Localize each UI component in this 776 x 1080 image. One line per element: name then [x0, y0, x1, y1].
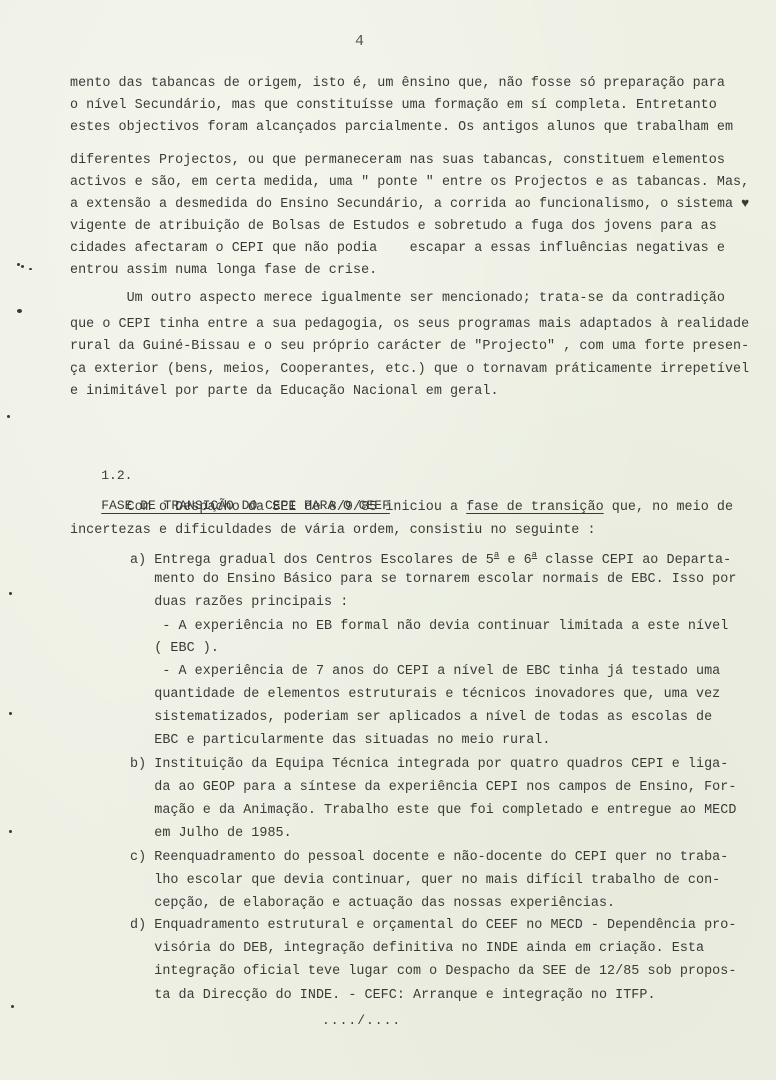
scan-speck	[9, 712, 12, 715]
underlined-phrase: fase de transição	[466, 500, 603, 515]
text-line: a) Entrega gradual dos Centros Escolares…	[130, 547, 731, 569]
text-line: EBC e particularmente das situadas no me…	[130, 733, 550, 749]
text-line: ça exterior (bens, meios, Cooperantes, e…	[70, 362, 749, 378]
text-line: da ao GEOP para a síntese da experiência…	[130, 780, 736, 796]
text-span: que, no meio de	[604, 500, 733, 515]
scan-speck	[17, 263, 20, 266]
scan-speck	[17, 309, 22, 313]
text-span: Com o Despacho da SEE de 8/9/85 iniciou …	[70, 500, 466, 515]
text-line: mento do Ensino Básico para se tornarem …	[130, 572, 736, 588]
text-line: e inimitável por parte da Educação Nacio…	[70, 384, 499, 400]
text-line: mação e da Animação. Trabalho este que f…	[130, 803, 736, 819]
scan-speck	[7, 415, 10, 418]
scan-speck	[21, 265, 24, 268]
text-line: cepção, de elaboração e actuação das nos…	[130, 896, 615, 912]
text-line: - A experiência no EB formal não devia c…	[130, 619, 728, 635]
text-line: mento das tabancas de origem, isto é, um…	[70, 76, 725, 92]
text-line: Um outro aspecto merece igualmente ser m…	[70, 291, 725, 307]
text-line: vigente de atribuição de Bolsas de Estud…	[70, 219, 717, 235]
text-line: d) Enquadramento estrutural e orçamental…	[130, 918, 736, 934]
text-line: sistematizados, poderiam ser aplicados a…	[130, 710, 712, 726]
section-heading: 1.2. FASE DE TRANSIÇÃO DO CEPI PARA O CE…	[70, 453, 390, 528]
scan-speck	[11, 1005, 14, 1008]
text-span: classe CEPI ao Departa-	[537, 553, 731, 568]
text-line: diferentes Projectos, ou que permanecera…	[70, 153, 725, 169]
text-line: quantidade de elementos estruturais e té…	[130, 687, 720, 703]
text-line: ( EBC ).	[130, 641, 219, 657]
text-line: integração oficial teve lugar com o Desp…	[130, 964, 736, 980]
text-line: visória do DEB, integração definitiva no…	[130, 941, 704, 957]
text-line: entrou assim numa longa fase de crise.	[70, 263, 377, 279]
text-line: - A experiência de 7 anos do CEPI a níve…	[130, 664, 720, 680]
text-line: o nível Secundário, mas que constituísse…	[70, 98, 717, 114]
scan-speck	[9, 830, 12, 833]
text-line: activos e são, em certa medida, uma " po…	[70, 175, 749, 191]
text-line: rural da Guiné-Bissau e o seu próprio ca…	[70, 339, 749, 355]
text-line: lho escolar que devia continuar, quer no…	[130, 873, 720, 889]
scan-speck	[9, 592, 12, 595]
text-line: a extensão a desmedida do Ensino Secundá…	[70, 197, 749, 213]
scan-speck	[29, 268, 32, 270]
page-number: 4	[355, 33, 364, 50]
text-span: e 6	[499, 553, 531, 568]
text-line: cidades afectaram o CEPI que não podia e…	[70, 241, 725, 257]
text-line: estes objectivos foram alcançados parcia…	[70, 120, 733, 136]
document-page: 4 mento das tabancas de origem, isto é, …	[0, 0, 776, 1080]
text-line: em Julho de 1985.	[130, 826, 292, 842]
text-line: Com o Despacho da SEE de 8/9/85 iniciou …	[70, 500, 733, 516]
text-line: incertezas e dificuldades de vária ordem…	[70, 523, 596, 539]
text-line: que o CEPI tinha entre a sua pedagogia, …	[70, 317, 749, 333]
text-span: a) Entrega gradual dos Centros Escolares…	[130, 553, 494, 568]
continuation-mark: ..../....	[322, 1013, 401, 1028]
text-line: ta da Direcção do INDE. - CEFC: Arranque…	[130, 988, 656, 1004]
text-line: b) Instituição da Equipa Técnica integra…	[130, 757, 728, 773]
text-line: duas razões principais :	[130, 595, 348, 611]
section-number: 1.2.	[101, 468, 132, 483]
text-line: c) Reenquadramento do pessoal docente e …	[130, 850, 728, 866]
